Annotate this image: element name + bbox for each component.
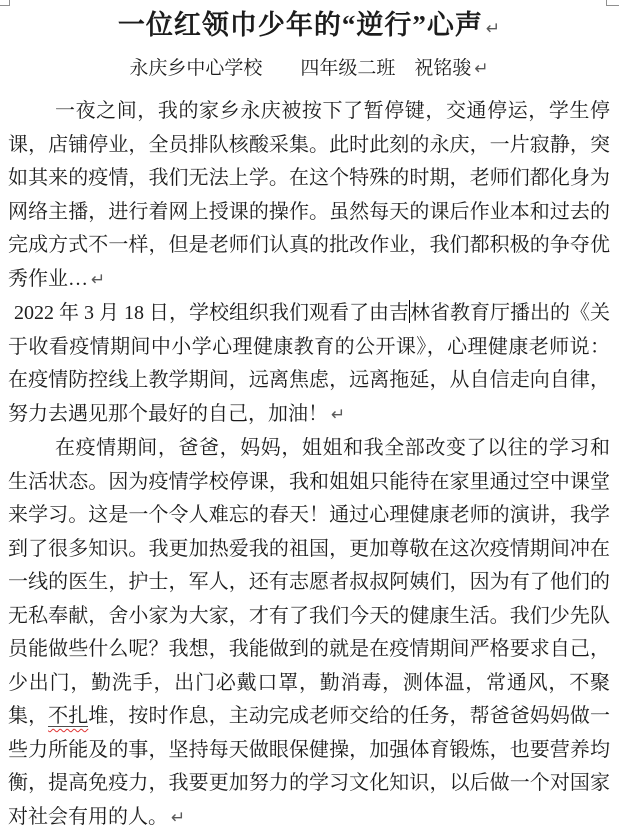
spellcheck-flagged-word[interactable]: 不扎 (48, 705, 88, 727)
paragraph-mark-icon: ↵ (474, 59, 488, 79)
paragraph-1-text[interactable]: 一夜之间，我的家乡永庆被按下了暂停键，交通停运，学生停课，店铺停业，全员排队核酸… (8, 100, 610, 290)
paragraph-2[interactable]: 2022 年 3 月 18 日，学校组织我们观看了由吉林省教育厅播出的《关于收看… (8, 297, 610, 432)
byline[interactable]: 永庆乡中心学校 四年级二班 祝铭骏↵ (8, 50, 610, 88)
paragraph-3-text-part-2[interactable]: 堆，按时作息，主动完成老师交给的任务，帮爸爸妈妈做一些力所能及的事，坚持每天做眼… (8, 705, 610, 828)
document-body: 一位红领巾少年的“逆行”心声↵ 永庆乡中心学校 四年级二班 祝铭骏↵ 一夜之间，… (8, 4, 610, 835)
byline-text[interactable]: 永庆乡中心学校 四年级二班 祝铭骏 (129, 58, 471, 79)
paragraph-mark-icon: ↵ (171, 808, 185, 828)
paragraph-2-text-before-caret[interactable]: 2022 年 3 月 18 日，学校组织我们观看了由吉 (14, 302, 409, 324)
paragraph-mark-icon: ↵ (331, 405, 345, 425)
document-page: 一位红领巾少年的“逆行”心声↵ 永庆乡中心学校 四年级二班 祝铭骏↵ 一夜之间，… (0, 0, 619, 835)
paragraph-mark-icon: ↵ (486, 19, 500, 39)
paragraph-mark-icon: ↵ (91, 270, 105, 290)
paragraph-1[interactable]: 一夜之间，我的家乡永庆被按下了暂停键，交通停运，学生停课，店铺停业，全员排队核酸… (8, 95, 610, 297)
paragraph-3[interactable]: 在疫情期间，爸爸，妈妈，姐姐和我全部改变了以往的学习和生活状态。因为疫情学校停课… (8, 432, 610, 835)
paragraph-3-text-part-1[interactable]: 在疫情期间，爸爸，妈妈，姐姐和我全部改变了以往的学习和生活状态。因为疫情学校停课… (8, 437, 610, 727)
document-title[interactable]: 一位红领巾少年的“逆行”心声↵ (8, 4, 610, 50)
title-text[interactable]: 一位红领巾少年的“逆行”心声 (118, 10, 483, 40)
